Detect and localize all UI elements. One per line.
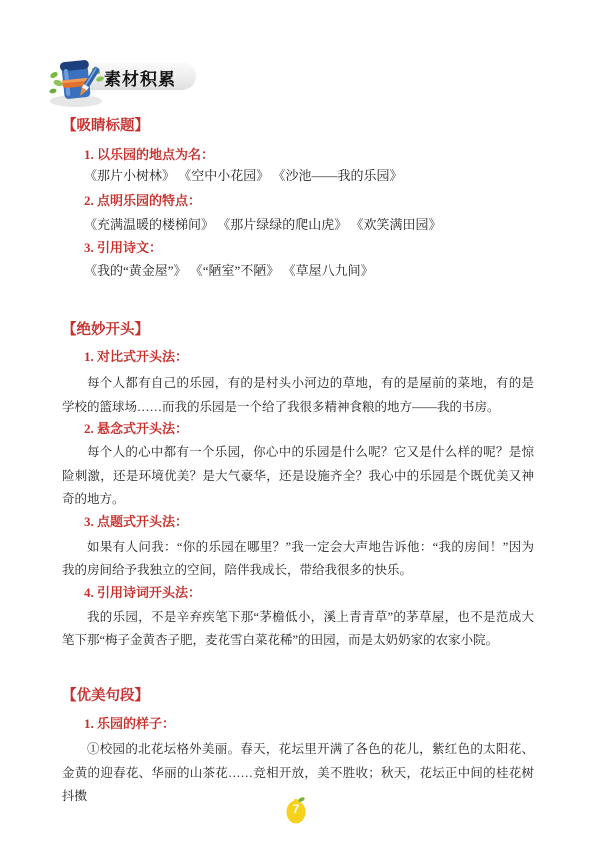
example-titles-line: 《我的“黄金屋”》 《“陋室”不陋》 《草屋八九间》 (84, 261, 534, 281)
example-titles-line: 《那片小树林》 《空中小花园》 《沙池——我的乐园》 (84, 166, 534, 186)
section-title: 【绝妙开头】 (62, 320, 534, 340)
header-badge: 素材积累 (48, 55, 248, 107)
paragraph: 如果有人问我：“你的乐园在哪里？”我一定会大声地告诉他：“我的房间！”因为我的房… (62, 536, 534, 583)
header-title: 素材积累 (104, 65, 176, 90)
subheading: 1. 对比式开头法： (84, 347, 534, 367)
paragraph: 我的乐园，不是辛弃疾笔下那“茅檐低小，溪上青青草”的茅草屋，也不是范成大笔下那“… (62, 606, 534, 653)
paragraph: 每个人的心中都有一个乐园，你心中的乐园是什么呢？它又是什么样的呢？是惊险刺激，还… (62, 441, 534, 512)
subheading: 4. 引用诗词开头法： (84, 583, 534, 603)
subheading: 3. 引用诗文： (84, 238, 534, 258)
subheading: 2. 悬念式开头法： (84, 419, 534, 439)
section-beautiful-passages: 【优美句段】 1. 乐园的样子： ①校园的北花坛格外美丽。春天，花坛里开满了各色… (62, 686, 534, 809)
subheading: 1. 以乐园的地点为名： (84, 145, 534, 165)
document-page: 素材积累 【吸睛标题】 1. 以乐园的地点为名： 《那片小树林》 《空中小花园》… (0, 0, 596, 842)
section-title: 【吸睛标题】 (62, 116, 534, 136)
section-great-openings: 【绝妙开头】 1. 对比式开头法： 每个人都有自己的乐园，有的是村头小河边的草地… (62, 320, 534, 653)
section-title: 【优美句段】 (62, 686, 534, 706)
bucket-pen-icon (46, 53, 110, 109)
paragraph: 每个人都有自己的乐园，有的是村头小河边的草地，有的是屋前的菜地，有的是学校的篮球… (62, 372, 534, 419)
example-titles-line: 《充满温暖的楼梯间》 《那片绿绿的爬山虎》 《欢笑满田园》 (84, 215, 534, 235)
page-number: 7 (285, 802, 307, 816)
subheading: 2. 点明乐园的特点： (84, 191, 534, 211)
subheading: 3. 点题式开头法： (84, 512, 534, 532)
section-catchy-titles: 【吸睛标题】 1. 以乐园的地点为名： 《那片小树林》 《空中小花园》 《沙池—… (62, 116, 534, 281)
subheading: 1. 乐园的样子： (84, 714, 534, 734)
page-number-badge: 7 (285, 795, 309, 825)
